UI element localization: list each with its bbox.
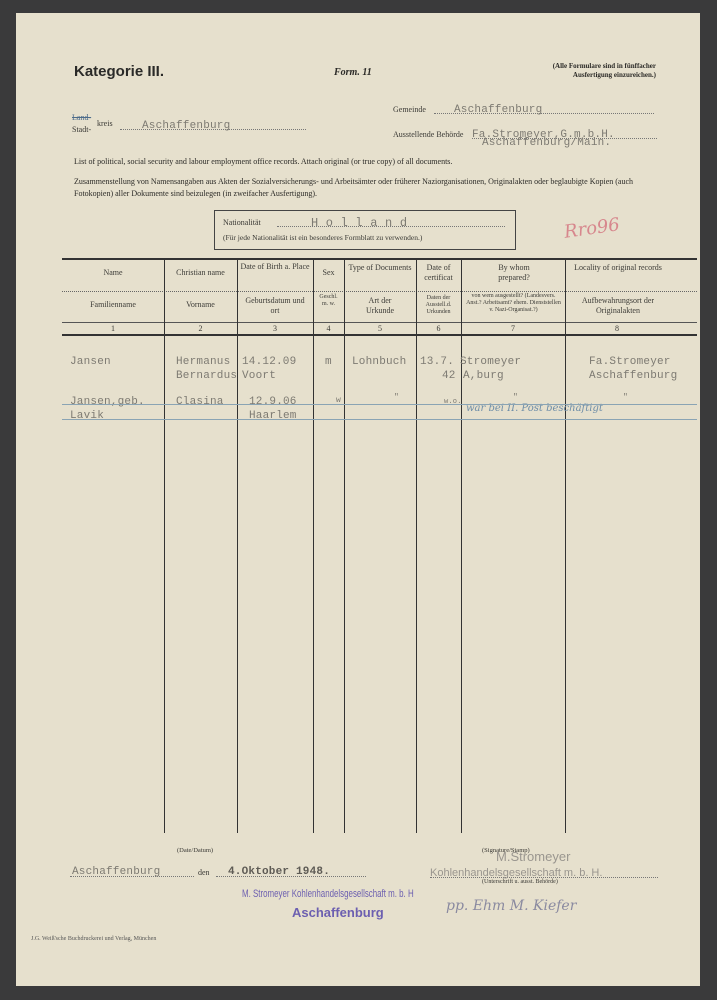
kreis-value: Aschaffenburg <box>142 120 230 132</box>
col4-header-en: Sex <box>313 268 344 278</box>
row1-prepared-by-1: Stromeyer <box>460 356 521 368</box>
col5-number: 5 <box>344 324 416 334</box>
category-title: Kategorie III. <box>74 63 164 80</box>
handwritten-signature: pp. Ehm M. Kiefer <box>446 898 576 914</box>
col2-header-de: Vorname <box>164 300 237 310</box>
kreis-label: kreis <box>97 119 113 128</box>
signature-place: Aschaffenburg <box>72 866 160 878</box>
row2-name-2: Lavik <box>70 410 104 422</box>
row2-doc-type: " <box>394 393 399 402</box>
signature-caption-de: (Unterschrift u. ausst. Behörde) <box>482 879 558 885</box>
nationality-label: Nationalität <box>223 218 261 227</box>
note-line-2: Ausfertigung einzureichen.) <box>486 71 656 80</box>
col7-number: 7 <box>461 324 565 334</box>
col8-number: 8 <box>565 324 669 334</box>
row1-birth-place: Voort <box>242 370 276 382</box>
row1-cert-date-2: 42 <box>442 370 456 382</box>
column-divider-5 <box>416 258 417 833</box>
row2-christian-name: Clasina <box>176 396 224 408</box>
grey-stamp-line-2: Kohlenhandelsgesellschaft m. b. H. <box>430 867 602 879</box>
row1-sex: m <box>325 356 332 368</box>
row1-locality-2: Aschaffenburg <box>589 370 677 382</box>
row1-birth-date: 14.12.09 <box>242 356 296 368</box>
nationality-value: H o l l a n d <box>311 216 407 230</box>
gemeinde-field: Aschaffenburg <box>434 99 654 114</box>
col3-number: 3 <box>237 324 313 334</box>
document-page: Kategorie III. Form. 11 (Alle Formulare … <box>16 13 700 986</box>
nationality-note: (Für jede Nationalität ist ein besondere… <box>223 233 422 242</box>
col2-header-en: Christian name <box>164 268 237 278</box>
column-divider-4 <box>344 258 345 833</box>
row1-christian-name-1: Hermanus <box>176 356 230 368</box>
col5-header-de: Art der Urkunde <box>359 296 401 316</box>
date-field: 4.Oktober 1948. <box>216 861 366 877</box>
form-number: Form. 11 <box>334 67 372 78</box>
row2-birth-date: 12.9.06 <box>249 396 297 408</box>
gemeinde-value: Aschaffenburg <box>454 104 542 116</box>
printer-imprint: J.G. Weiß'sche Buchdruckerei und Verlag,… <box>31 936 156 942</box>
col6-header-de: Daten der Ausstell.d. Urkunden <box>418 295 459 316</box>
kreis-field: Aschaffenburg <box>120 115 306 130</box>
col3-header-en: Date of Birth a. Place <box>237 262 313 272</box>
behoerde-label: Ausstellende Behörde <box>393 130 463 139</box>
row2-prepared-by: " <box>513 393 518 402</box>
col8-header-en: Locality of original records <box>568 263 668 273</box>
col2-number: 2 <box>164 324 237 334</box>
col6-number: 6 <box>416 324 461 334</box>
red-handwritten-mark: Rro96 <box>563 214 621 243</box>
row1-christian-name-2: Bernardus <box>176 370 237 382</box>
col1-header-en: Name <box>62 268 164 278</box>
table-header-divider <box>62 291 697 293</box>
col1-number: 1 <box>62 324 164 334</box>
row2-strike-line-1 <box>62 404 697 405</box>
row1-locality-1: Fa.Stromeyer <box>589 356 671 368</box>
col4-header-de: Geschl. m. w. <box>316 294 341 308</box>
stadt-label: Stadt- <box>72 125 91 134</box>
violet-stamp-line-2: Aschaffenburg <box>292 905 384 920</box>
row1-name: Jansen <box>70 356 111 368</box>
col3-header-de: Geburtsdatum und ort <box>240 296 310 316</box>
signature-date: 4.Oktober 1948. <box>228 866 330 878</box>
table-top-rule <box>62 258 697 260</box>
behoerde-value-line2: Aschaffenburg/Main. <box>482 137 611 149</box>
column-divider-7 <box>565 258 566 833</box>
land-label-struck: Land- <box>72 113 91 122</box>
column-divider-2 <box>237 258 238 833</box>
col7-header-en: By whom prepared? <box>486 263 542 283</box>
row2-locality: " <box>623 393 628 402</box>
signature-field: Kohlenhandelsgesellschaft m. b. H. <box>430 863 658 878</box>
col4-number: 4 <box>313 324 344 334</box>
row1-doc-type: Lohnbuch <box>352 356 406 368</box>
nationality-field: H o l l a n d <box>277 213 505 227</box>
col7-header-de: von wem ausgestellt? (Landesvers. Anst.?… <box>464 293 563 314</box>
table-header-bottom-rule <box>62 334 697 336</box>
row2-strike-line-2 <box>62 419 697 420</box>
gemeinde-label: Gemeinde <box>393 105 426 114</box>
column-divider-6 <box>461 258 462 833</box>
col1-header-de: Familienname <box>62 300 164 310</box>
note-line-1: (Alle Formulare sind in fünffacher <box>486 62 656 71</box>
row1-cert-date-1: 13.7. <box>420 356 454 368</box>
nationality-box: Nationalität H o l l a n d (Für jede Nat… <box>214 210 516 250</box>
place-field: Aschaffenburg <box>70 861 194 877</box>
grey-stamp-line-1: M.Stromeyer <box>496 849 570 864</box>
instructions-german: Zusammenstellung von Namensangaben aus A… <box>74 176 664 200</box>
col5-header-en: Type of Documents <box>347 263 413 273</box>
row2-birth-place: Haarlem <box>249 410 297 422</box>
table-number-divider <box>62 322 697 323</box>
col6-header-en: Date of certificat <box>418 263 459 283</box>
submission-note: (Alle Formulare sind in fünffacher Ausfe… <box>486 62 656 80</box>
row2-name-1: Jansen,geb. <box>70 396 145 408</box>
column-divider-1 <box>164 258 165 833</box>
col8-header-de: Aufbewahrungsort der Originalakten <box>571 296 665 316</box>
row1-prepared-by-2: A,burg <box>463 370 504 382</box>
date-caption: (Date/Datum) <box>177 847 213 854</box>
instructions-english: List of political, social security and l… <box>74 157 452 166</box>
den-label: den <box>198 868 210 877</box>
violet-stamp-line-1: M. Stromeyer Kohlenhandelsgesellschaft m… <box>242 888 414 900</box>
column-divider-3 <box>313 258 314 833</box>
